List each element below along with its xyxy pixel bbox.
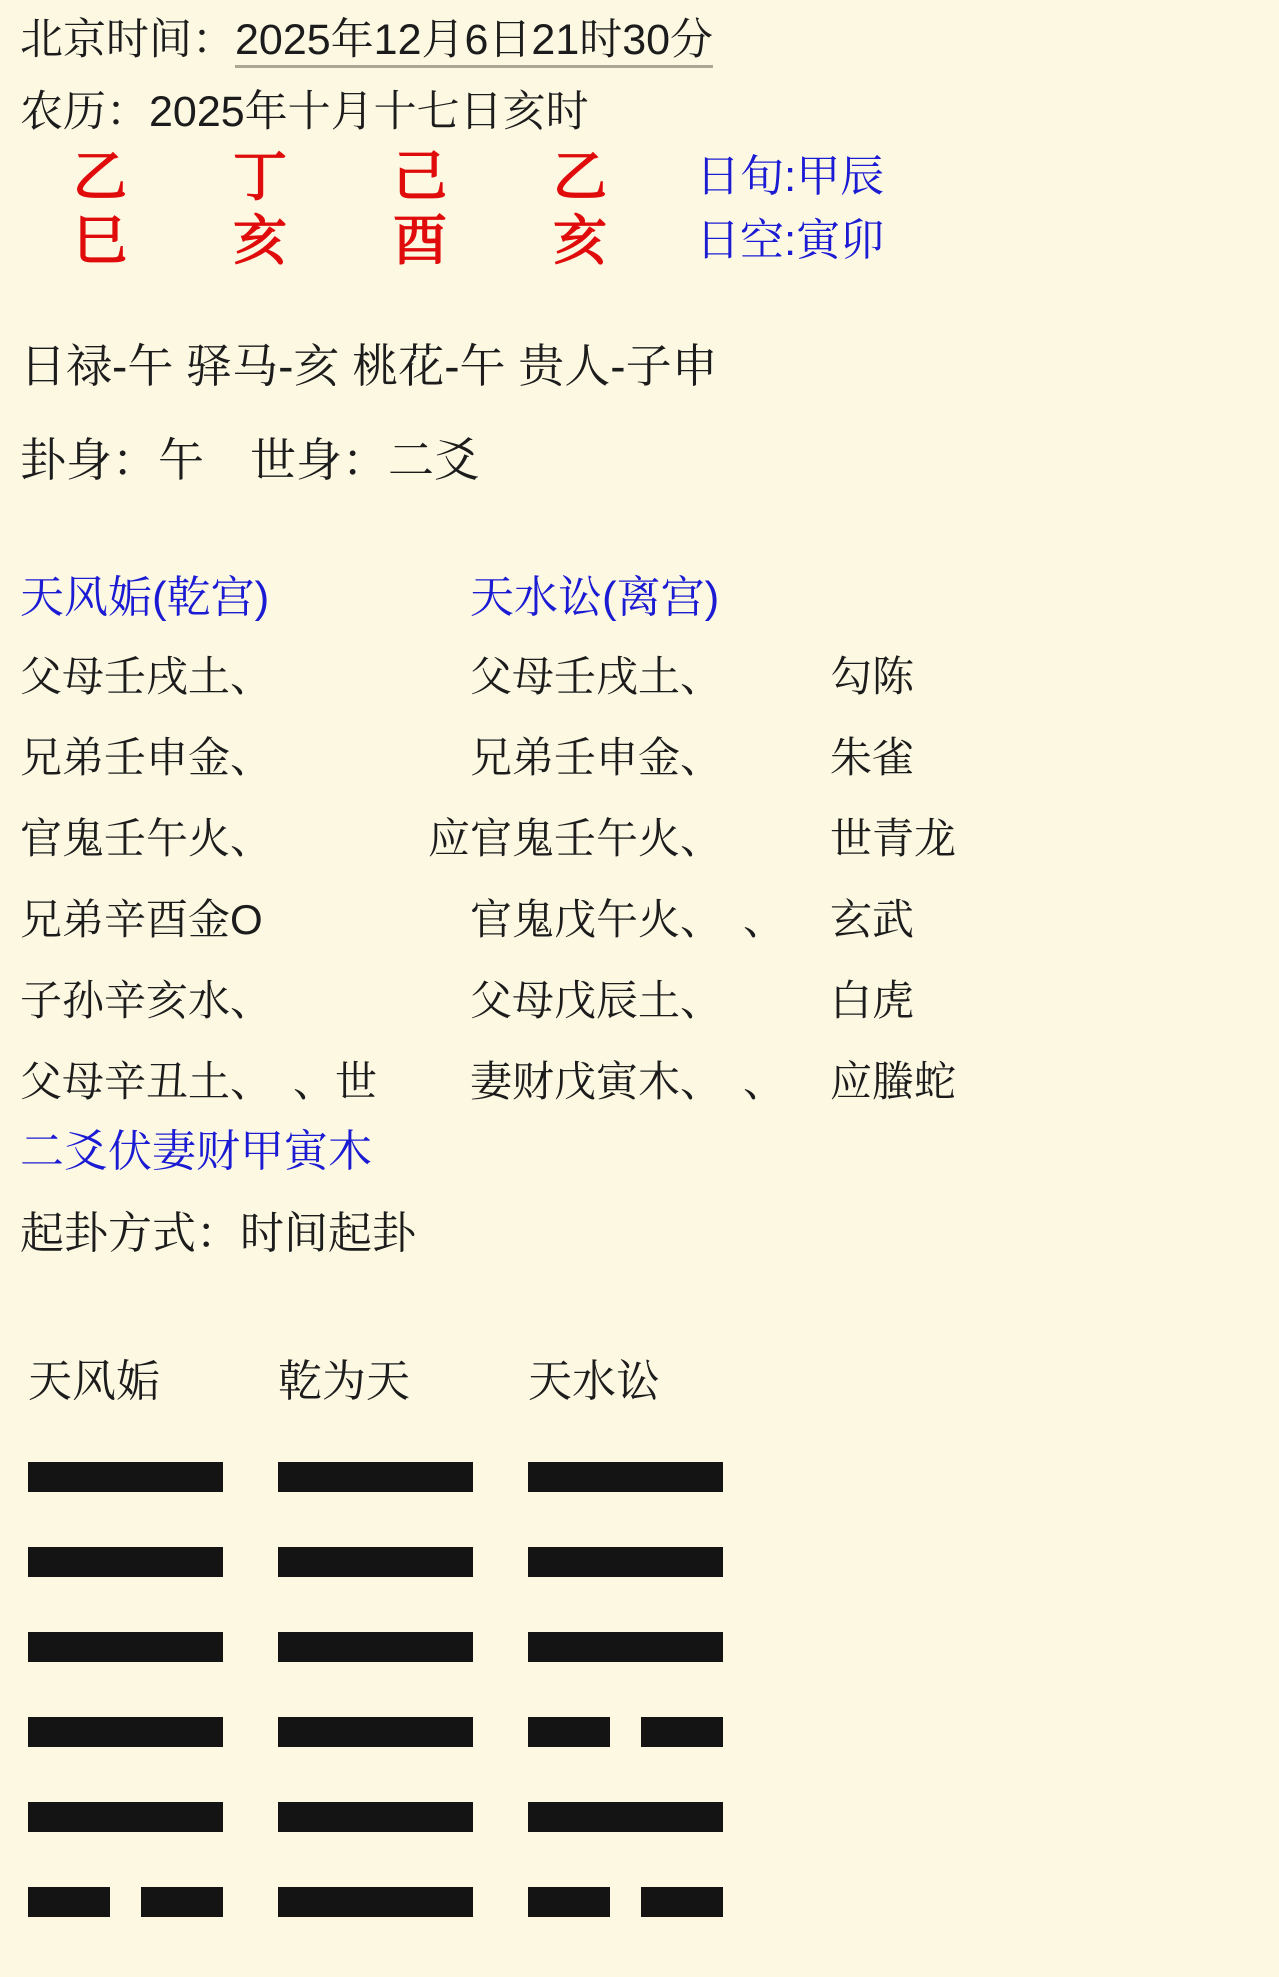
six-god-label: 朱雀 <box>830 717 1030 798</box>
changed-hexagram-title: 天水讼(离宫) <box>470 568 719 628</box>
six-god-label: 应螣蛇 <box>830 1041 1030 1122</box>
bazi-branches-row: 巳 亥 酉 亥 日空:寅卯 <box>20 204 1279 268</box>
yang-line <box>28 1547 223 1577</box>
main-yao-text: 官鬼壬午火、 <box>20 798 272 879</box>
year-branch: 巳 <box>20 198 180 275</box>
yang-line <box>528 1632 723 1662</box>
day-xun-label: 日旬:甲辰 <box>696 140 884 204</box>
yang-line <box>28 1802 223 1832</box>
main-yao-text: 子孙辛亥水、 <box>20 960 272 1041</box>
yang-line <box>278 1802 473 1832</box>
yang-line <box>528 1547 723 1577</box>
main-yao-text: 父母辛丑土、 、世 <box>20 1041 377 1122</box>
yang-line <box>528 1462 723 1492</box>
main-yao-text: 父母壬戌土、 <box>20 636 272 717</box>
yang-line <box>28 1717 223 1747</box>
main-yao-text: 兄弟辛酉金O <box>20 879 263 960</box>
hexagram-diagram-middle <box>270 1462 520 1972</box>
shi-ying-marker: 应 <box>428 798 470 879</box>
hexagram-name-changed: 天水讼 <box>520 1354 770 1410</box>
hexagram-diagram-changed <box>520 1462 770 1972</box>
diagram-names-row: 天风姤 乾为天 天水讼 <box>20 1354 1279 1410</box>
yao-row-1: 父母辛丑土、 、世 妻财戊寅木、 、 应螣蛇 <box>20 1041 1030 1122</box>
hexagram-diagram-main <box>20 1462 270 1972</box>
fushen-line: 二爻伏妻财甲寅木 <box>20 1122 1279 1182</box>
yang-line <box>28 1632 223 1662</box>
guashen-line: 卦身：午 世身：二爻 <box>20 432 1279 488</box>
yao-row-6: 父母壬戌土、 父母壬戌土、 勾陈 <box>20 636 1030 717</box>
main-hexagram-title: 天风姤(乾宫) <box>20 568 470 628</box>
yin-line <box>528 1717 723 1747</box>
yang-line <box>528 1802 723 1832</box>
changed-yao-text: 父母壬戌土、 <box>470 636 830 717</box>
yang-line <box>278 1462 473 1492</box>
main-yao-text: 兄弟壬申金、 <box>20 717 272 798</box>
six-god-label: 白虎 <box>830 960 1030 1041</box>
yao-row-4: 官鬼壬午火、应 官鬼壬午火、 世青龙 <box>20 798 1030 879</box>
lunar-date-line: 农历：2025年十月十七日亥时 <box>20 84 1279 140</box>
yang-line <box>278 1717 473 1747</box>
day-branch: 酉 <box>340 198 500 275</box>
hexagram-name-main: 天风姤 <box>20 1354 270 1410</box>
yang-line <box>278 1887 473 1917</box>
beijing-time-line: 北京时间：2025年12月6日21时30分 <box>20 12 1279 68</box>
hexagram-diagrams <box>20 1462 1279 1972</box>
yang-line <box>278 1632 473 1662</box>
hexagram-name-middle: 乾为天 <box>270 1354 520 1410</box>
six-god-label: 勾陈 <box>830 636 1030 717</box>
yao-rows-block: 父母壬戌土、 父母壬戌土、 勾陈 兄弟壬申金、 兄弟壬申金、 朱雀 官鬼壬午火、… <box>20 636 1279 1122</box>
changed-yao-text: 兄弟壬申金、 <box>470 717 830 798</box>
hexagram-titles-row: 天风姤(乾宫) 天水讼(离宫) <box>20 568 1279 628</box>
month-branch: 亥 <box>180 198 340 275</box>
beijing-time-label: 北京时间： <box>20 16 235 64</box>
day-kong-label: 日空:寅卯 <box>696 204 884 268</box>
yao-row-3: 兄弟辛酉金O 官鬼戊午火、 、 玄武 <box>20 879 1030 960</box>
yin-line <box>528 1887 723 1917</box>
beijing-time-value: 2025年12月6日21时30分 <box>235 16 713 68</box>
shensha-line: 日禄-午 驿马-亥 桃花-午 贵人-子申 <box>20 338 1279 394</box>
hour-branch: 亥 <box>500 198 660 275</box>
changed-yao-text: 官鬼壬午火、 <box>470 798 830 879</box>
changed-yao-text: 父母戊辰土、 <box>470 960 830 1041</box>
yang-line <box>278 1547 473 1577</box>
changed-yao-text: 官鬼戊午火、 、 <box>470 879 830 960</box>
liuyao-divination-page: 北京时间：2025年12月6日21时30分 农历：2025年十月十七日亥时 乙 … <box>0 0 1279 1977</box>
yin-line <box>28 1887 223 1917</box>
method-line: 起卦方式：时间起卦 <box>20 1206 1279 1262</box>
yang-line <box>28 1462 223 1492</box>
bazi-stems-row: 乙 丁 己 乙 日旬:甲辰 <box>20 140 1279 204</box>
yao-row-2: 子孙辛亥水、 父母戊辰土、 白虎 <box>20 960 1030 1041</box>
changed-yao-text: 妻财戊寅木、 、 <box>470 1041 830 1122</box>
yao-row-5: 兄弟壬申金、 兄弟壬申金、 朱雀 <box>20 717 1030 798</box>
six-god-label: 世青龙 <box>830 798 1030 879</box>
six-god-label: 玄武 <box>830 879 1030 960</box>
